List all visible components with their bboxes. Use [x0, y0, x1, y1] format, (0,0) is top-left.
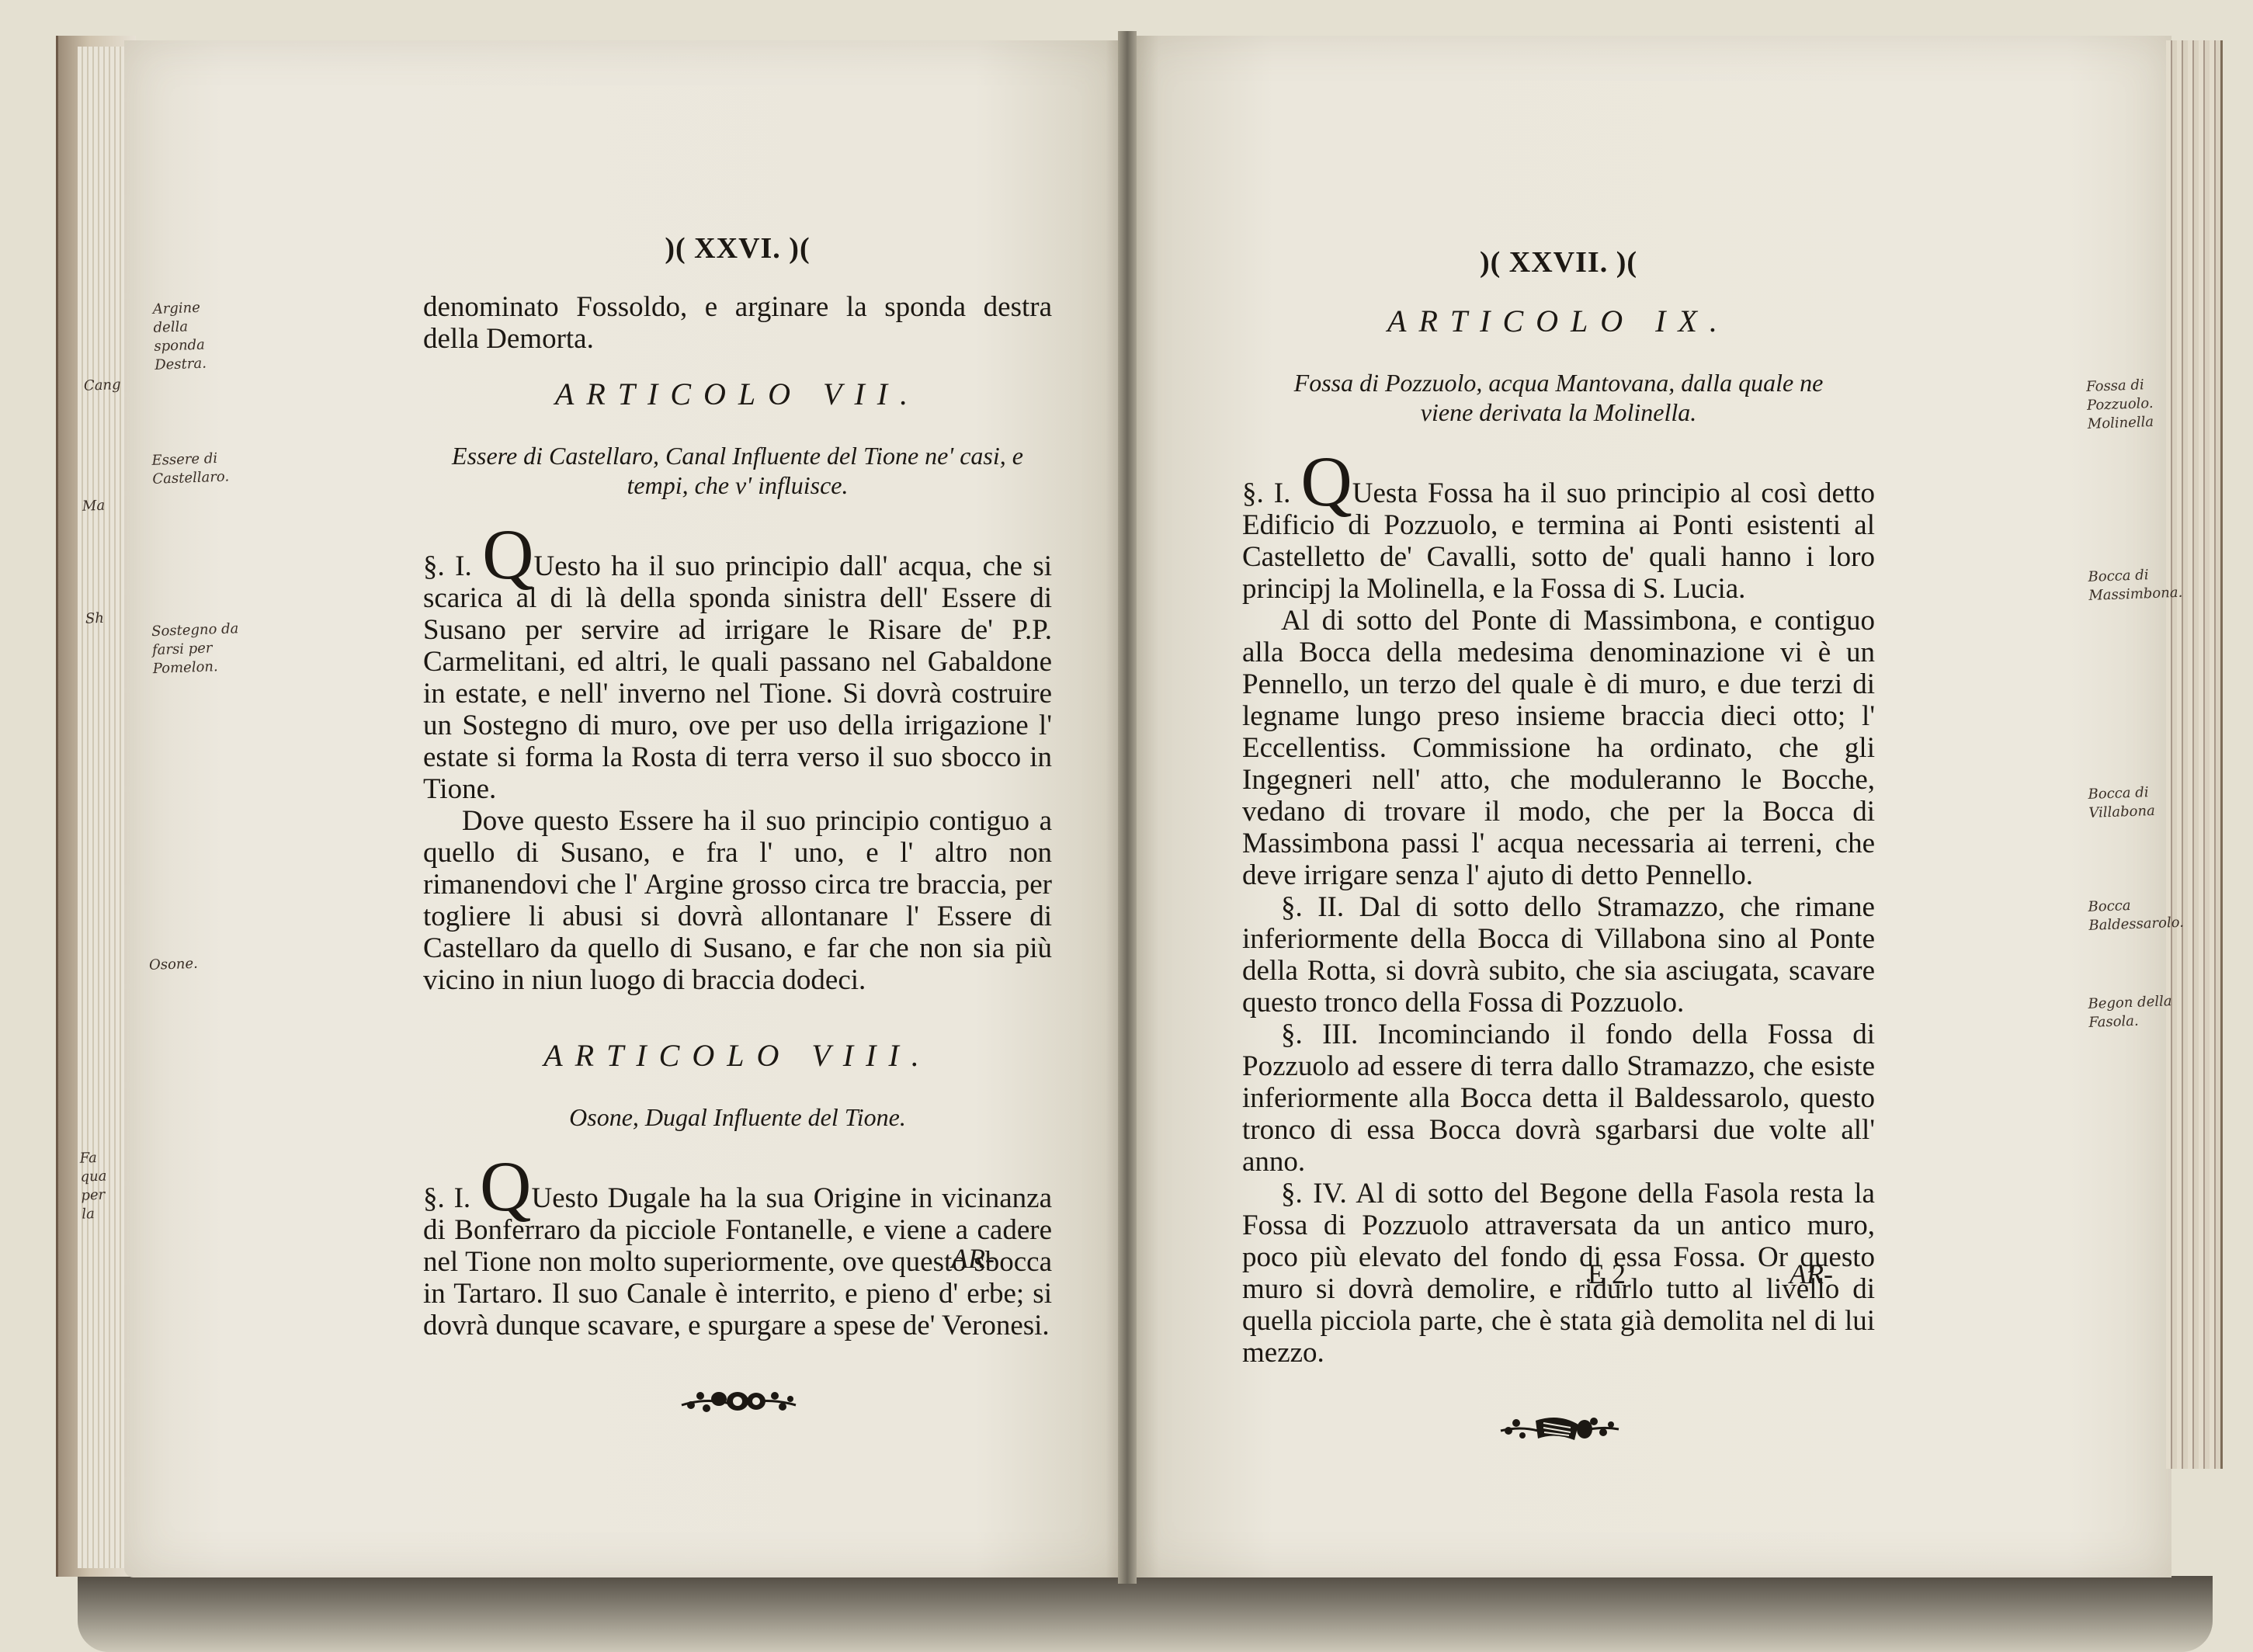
margin-note: Cang — [84, 376, 116, 395]
margin-note: Bocca di Massimbona. — [2088, 565, 2175, 606]
paragraph: Al di sotto del Ponte di Massimbona, e c… — [1242, 605, 1875, 891]
margin-note: Bocca Baldessarolo. — [2088, 895, 2175, 935]
paragraph: §. I. QUesto ha il suo principio dall' a… — [423, 531, 1052, 805]
floral-ornament-icon — [675, 1382, 800, 1421]
page-number-header: )( XXVII. )( — [1242, 247, 1875, 279]
margin-note: Argine della sponda Destra. — [152, 297, 240, 375]
right-page-stack — [2166, 40, 2223, 1469]
page-number-header: )( XXVI. )( — [423, 233, 1052, 265]
paragraph: §. III. Incominciando il fondo della Fos… — [1242, 1019, 1875, 1178]
article-subtitle: Essere di Castellaro, Canal Influente de… — [446, 441, 1029, 500]
margin-note: Essere di Castellaro. — [151, 449, 238, 489]
paragraph-text: Uesto ha il suo principio dall' acqua, c… — [423, 550, 1052, 805]
signature-mark: E 2 — [1588, 1258, 1626, 1290]
right-page-text: )( XXVII. )( ARTICOLO IX. Fossa di Pozzu… — [1242, 247, 1875, 1448]
article-subtitle: Osone, Dugal Influente del Tione. — [446, 1102, 1029, 1132]
section-mark: §. I. — [1242, 477, 1290, 509]
scroll-ornament-icon — [1493, 1409, 1625, 1448]
margin-note: Osone. — [149, 953, 235, 975]
section-mark: §. II. — [1281, 891, 1344, 923]
section-mark: §. I. — [423, 1182, 470, 1214]
book-gutter — [1118, 31, 1137, 1584]
article-title: ARTICOLO VIII. — [423, 1039, 1052, 1071]
article-title: ARTICOLO VII. — [423, 378, 1052, 410]
margin-note: Begon della Fasola. — [2088, 992, 2175, 1032]
catchword: AR- — [1790, 1258, 1833, 1290]
paragraph: Dove questo Essere ha il suo principio c… — [423, 805, 1052, 996]
margin-note: Sostegno da farsi per Pomelon. — [151, 619, 246, 678]
continuation-text: denominato Fossoldo, e arginare la spond… — [423, 291, 1052, 355]
catchword: AR- — [951, 1242, 995, 1275]
margin-note: Sh — [85, 609, 117, 628]
margin-note: Ma — [82, 496, 114, 515]
margin-note: Fa qua per la — [79, 1148, 113, 1223]
article-subtitle: Fossa di Pozzuolo, acqua Mantovana, dall… — [1265, 368, 1852, 427]
paragraph: §. II. Dal di sotto dello Stramazzo, che… — [1242, 891, 1875, 1019]
article-title: ARTICOLO IX. — [1242, 305, 1875, 337]
section-mark: §. IV. — [1281, 1178, 1347, 1209]
book-shadow — [78, 1576, 2213, 1652]
margin-note: Fossa di Pozzuolo. Molinella — [2086, 375, 2173, 434]
paragraph: §. IV. Al di sotto del Begone della Faso… — [1242, 1178, 1875, 1369]
margin-note: Bocca di Villabona — [2088, 783, 2175, 823]
paragraph: §. I. QUesta Fossa ha il suo principio a… — [1242, 458, 1875, 605]
section-mark: §. I. — [423, 550, 472, 582]
section-mark: §. III. — [1281, 1019, 1358, 1050]
